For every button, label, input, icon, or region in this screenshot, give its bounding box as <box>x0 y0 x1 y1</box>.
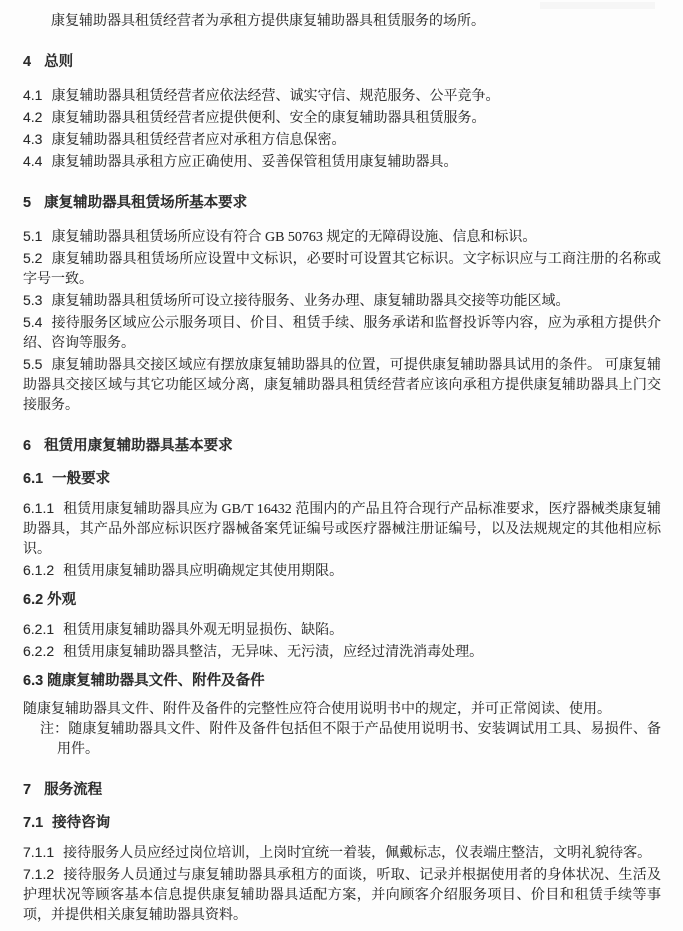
subsection-number: 6.3 <box>23 673 43 689</box>
section-number: 7 <box>23 782 31 798</box>
note-text: 随康复辅助器具文件、附件及备件包括但不限于产品使用说明书、安装调试用工具、易损件… <box>57 722 661 757</box>
clause-text: 康复辅助器具租赁场所可设立接待服务、业务办理、康复辅助器具交接等功能区域。 <box>51 294 569 309</box>
clause-4-4: 4.4康复辅助器具承租方应正确使用、妥善保管租赁用康复辅助器具。 <box>23 151 661 173</box>
clause-text: 接待服务人员应经过岗位培训，上岗时宜统一着装，佩戴标志，仪表端庄整洁，文明礼貌待… <box>63 846 651 861</box>
clause-text: 康复辅助器具租赁经营者应依法经营、诚实守信、规范服务、公平竞争。 <box>51 89 499 104</box>
clause-number: 6.2.1 <box>23 621 54 637</box>
section-number: 4 <box>23 54 31 70</box>
clause-number: 5.3 <box>23 292 42 308</box>
subsection-number: 7.1 <box>23 815 43 831</box>
clause-number: 5.2 <box>23 250 42 266</box>
section-number: 5 <box>23 195 31 211</box>
section-heading-4: 4总则 <box>23 52 661 72</box>
subsection-title: 外观 <box>47 592 76 608</box>
clause-5-5: 5.5康复辅助器具交接区域应有摆放康复辅助器具的位置，可提供康复辅助器具试用的条… <box>23 354 661 416</box>
clause-number: 5.1 <box>23 228 42 244</box>
clause-text: 康复辅助器具交接区域应有摆放康复辅助器具的位置，可提供康复辅助器具试用的条件。 … <box>23 358 661 413</box>
clause-number: 7.1.2 <box>23 866 54 882</box>
clause-7-1-1: 7.1.1接待服务人员应经过岗位培训，上岗时宜统一着装，佩戴标志，仪表端庄整洁，… <box>23 842 661 864</box>
subsection-number: 6.1 <box>23 471 43 487</box>
section-title: 总则 <box>44 54 73 70</box>
clause-4-1: 4.1康复辅助器具租赁经营者应依法经营、诚实守信、规范服务、公平竞争。 <box>23 85 661 107</box>
clause-number: 4.3 <box>23 131 42 147</box>
clause-6-1-1: 6.1.1租赁用康复辅助器具应为 GB/T 16432 范围内的产品且符合现行产… <box>23 498 661 560</box>
subsection-heading-7-1: 7.1接待咨询 <box>23 813 661 833</box>
section-heading-7: 7服务流程 <box>23 780 661 800</box>
definition-paragraph: 康复辅助器具租赁经营者为承租方提供康复辅助器具租赁服务的场所。 <box>23 12 661 32</box>
subsection-title: 接待咨询 <box>52 815 110 831</box>
subsection-6-3-body: 随康复辅助器具文件、附件及备件的完整性应符合使用说明书中的规定，并可正常阅读、使… <box>23 700 661 720</box>
subsection-heading-6-2: 6.2外观 <box>23 590 661 610</box>
note-paragraph: 注：随康复辅助器具文件、附件及备件包括但不限于产品使用说明书、安装调试用工具、易… <box>23 720 661 760</box>
clause-text: 租赁用康复辅助器具应为 GB/T 16432 范围内的产品且符合现行产品标准要求… <box>23 502 661 557</box>
clause-number: 6.1.2 <box>23 562 54 578</box>
clause-text: 租赁用康复辅助器具外观无明显损伤、缺陷。 <box>63 623 343 638</box>
section-title: 服务流程 <box>44 782 102 798</box>
subsection-heading-6-3: 6.3随康复辅助器具文件、附件及备件 <box>23 671 661 691</box>
clause-number: 6.2.2 <box>23 643 54 659</box>
clause-text: 康复辅助器具租赁经营者应对承租方信息保密。 <box>51 133 345 148</box>
clause-number: 4.4 <box>23 153 42 169</box>
subsection-number: 6.2 <box>23 592 43 608</box>
subsection-title: 一般要求 <box>52 471 110 487</box>
note-label: 注： <box>40 722 68 737</box>
clause-number: 4.2 <box>23 109 42 125</box>
document-page: 康复辅助器具租赁经营者为承租方提供康复辅助器具租赁服务的场所。 4总则 4.1康… <box>0 0 683 931</box>
clause-text: 租赁用康复辅助器具应明确规定其使用期限。 <box>63 564 343 579</box>
clause-text: 接待服务人员通过与康复辅助器具承租方的面谈，听取、记录并根据使用者的身体状况、生… <box>23 868 661 923</box>
clause-6-2-1: 6.2.1租赁用康复辅助器具外观无明显损伤、缺陷。 <box>23 619 661 641</box>
clause-number: 6.1.1 <box>23 500 54 516</box>
clause-7-1-2: 7.1.2接待服务人员通过与康复辅助器具承租方的面谈，听取、记录并根据使用者的身… <box>23 864 661 926</box>
section-title: 康复辅助器具租赁场所基本要求 <box>44 195 247 211</box>
subsection-heading-6-1: 6.1一般要求 <box>23 469 661 489</box>
clause-text: 康复辅助器具租赁场所应设置中文标识，必要时可设置其它标识。文字标识应与工商注册的… <box>23 252 661 287</box>
section-heading-6: 6租赁用康复辅助器具基本要求 <box>23 436 661 456</box>
clause-number: 4.1 <box>23 87 42 103</box>
clause-text: 租赁用康复辅助器具整洁，无异味、无污渍，应经过清洗消毒处理。 <box>63 645 483 660</box>
clause-5-1: 5.1康复辅助器具租赁场所应设有符合 GB 50763 规定的无障碍设施、信息和… <box>23 226 661 248</box>
clause-number: 7.1.1 <box>23 844 54 860</box>
clause-text: 康复辅助器具租赁场所应设有符合 GB 50763 规定的无障碍设施、信息和标识。 <box>51 230 536 245</box>
section-title: 租赁用康复辅助器具基本要求 <box>44 438 233 454</box>
clause-5-4: 5.4接待服务区域应公示服务项目、价目、租赁手续、服务承诺和监督投诉等内容，应为… <box>23 312 661 354</box>
section-number: 6 <box>23 438 31 454</box>
clause-text: 接待服务区域应公示服务项目、价目、租赁手续、服务承诺和监督投诉等内容，应为承租方… <box>23 316 661 351</box>
clause-5-2: 5.2康复辅助器具租赁场所应设置中文标识，必要时可设置其它标识。文字标识应与工商… <box>23 248 661 290</box>
clause-number: 5.4 <box>23 314 42 330</box>
clause-number: 5.5 <box>23 356 42 372</box>
subsection-title: 随康复辅助器具文件、附件及备件 <box>47 673 265 689</box>
clause-4-2: 4.2康复辅助器具租赁经营者应提供便利、安全的康复辅助器具租赁服务。 <box>23 107 661 129</box>
clause-4-3: 4.3康复辅助器具租赁经营者应对承租方信息保密。 <box>23 129 661 151</box>
section-heading-5: 5康复辅助器具租赁场所基本要求 <box>23 193 661 213</box>
clause-text: 康复辅助器具承租方应正确使用、妥善保管租赁用康复辅助器具。 <box>51 155 457 170</box>
scan-artifact <box>540 2 655 9</box>
clause-6-1-2: 6.1.2租赁用康复辅助器具应明确规定其使用期限。 <box>23 560 661 582</box>
clause-6-2-2: 6.2.2租赁用康复辅助器具整洁，无异味、无污渍，应经过清洗消毒处理。 <box>23 641 661 663</box>
clause-5-3: 5.3康复辅助器具租赁场所可设立接待服务、业务办理、康复辅助器具交接等功能区域。 <box>23 290 661 312</box>
clause-text: 康复辅助器具租赁经营者应提供便利、安全的康复辅助器具租赁服务。 <box>51 111 485 126</box>
